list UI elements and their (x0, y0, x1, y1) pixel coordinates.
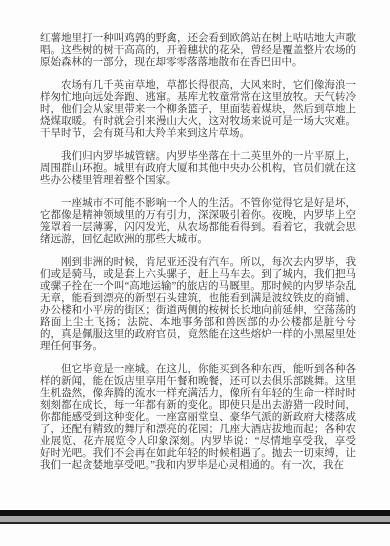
page-edge-line (0, 522, 390, 524)
paragraph: 但它毕竟是一座城。在这儿，你能买到各种东西，能听到各种各样的新闻，能在饭店里享用… (40, 364, 356, 472)
scanned-book-page: 红薯地里打一种叫鸡鹑的野禽，还会看到欧鸽站在树上咕咕地大声歌唱。这些树的树干高高… (0, 0, 390, 546)
page-text: 红薯地里打一种叫鸡鹑的野禽，还会看到欧鸽站在树上咕咕地大声歌唱。这些树的树干高高… (40, 33, 356, 483)
paragraph: 一座城市不可能不影响一个人的生活。不管你觉得它是好是坏，它都像是精神领域里的万有… (40, 198, 356, 246)
paragraph: 红薯地里打一种叫鸡鹑的野禽，还会看到欧鸽站在树上咕咕地大声歌唱。这些树的树干高高… (40, 33, 356, 69)
paragraph: 农场有几千英亩草地，草都长得很高，大风来时，它们像海浪一样匆忙地向远处奔跑、逃窜… (40, 80, 356, 140)
paragraph: 我们归内罗毕城管辖。内罗毕坐落在十二英里外的一片平原上，周围群山环抱。城里有政府… (40, 151, 356, 187)
paragraph: 刚到非洲的时候，肯尼亚还没有汽车。所以，每次去内罗毕，我们或是骑马，或是套上六头… (40, 257, 356, 353)
